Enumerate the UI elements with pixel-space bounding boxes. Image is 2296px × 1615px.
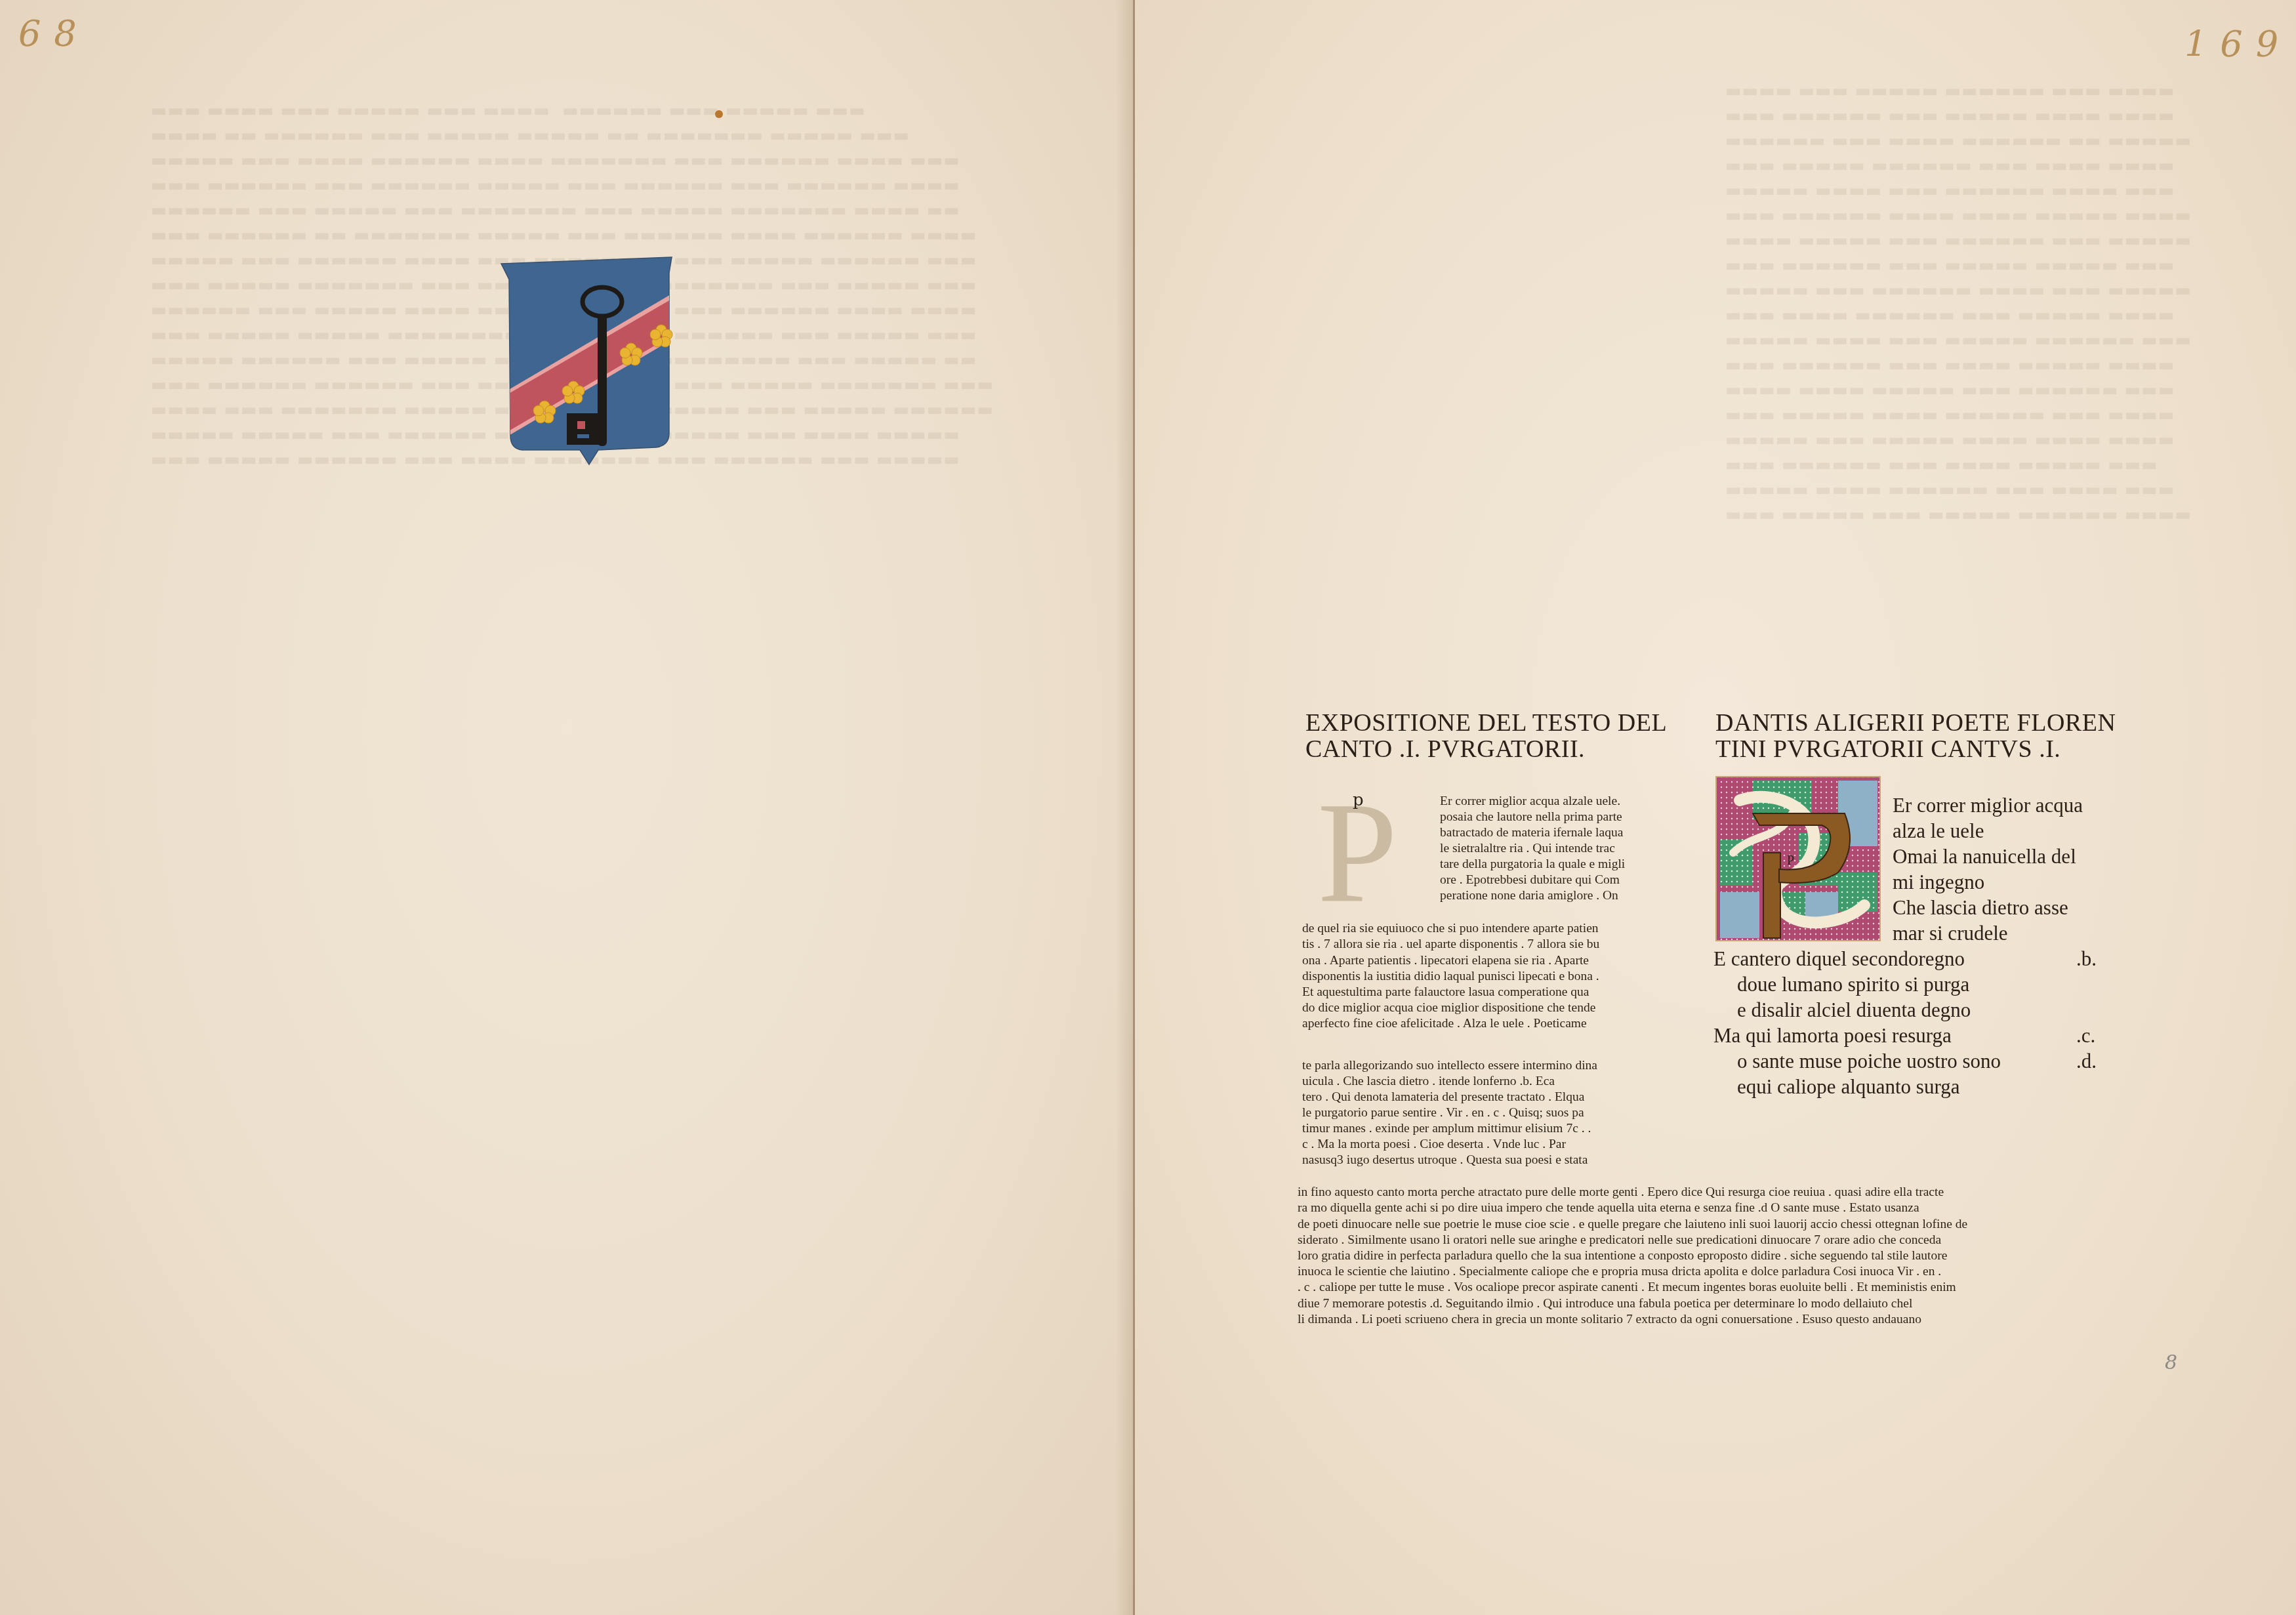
- commentary-line: in fino aquesto canto morta perche atrac…: [1298, 1186, 1944, 1199]
- verse-line: alza le uele: [1893, 818, 1984, 844]
- commentary-line: timur manes . exinde per amplum mittimur…: [1302, 1122, 1591, 1135]
- verse-line: Ma qui lamorta poesi resurga: [1713, 1023, 1952, 1048]
- commentary-line: de poeti dinuocare nelle sue poetrie le …: [1298, 1218, 1967, 1231]
- bleed-through-text: ▬▬▬▬ ▬▬▬ ▬▬▬▬▬ ▬▬▬▬▬▬ ▬▬▬ ▬▬▬▬ ▬▬▬ ▬▬▬▬▬…: [1725, 79, 2192, 527]
- commentary-heading: EXPOSITIONE DEL TESTO DEL CANTO .I. PVRG…: [1305, 710, 1667, 762]
- guide-letter: p: [1353, 790, 1364, 810]
- commentary-line: Et aquestultima parte falauctore lasua c…: [1302, 986, 1589, 999]
- commentary-line: ra mo diquella gente achi si po dire uiu…: [1298, 1202, 1919, 1215]
- commentary-line: diue 7 memorare potestis .d. Seguitando …: [1298, 1298, 1912, 1311]
- verse-line: Er correr miglior acqua: [1893, 792, 2083, 818]
- folio-number-left: 68: [18, 13, 90, 54]
- commentary-line: loro gratia didire in perfecta parladura…: [1298, 1250, 1947, 1263]
- coat-of-arms: [500, 256, 678, 466]
- commentary-line: disponentis la iustitia didio laqual pun…: [1302, 970, 1599, 983]
- verse-line: Che lascia dietro asse: [1893, 895, 2068, 920]
- commentary-line: do dice miglior acqua cioe miglior dispo…: [1302, 1002, 1595, 1015]
- commentary-line: tis . 7 allora sie ria . uel aparte disp…: [1302, 938, 1599, 951]
- commentary-heading-line: CANTO .I. PVRGATORII.: [1305, 736, 1667, 762]
- commentary-line: siderato . Similmente usano li oratori n…: [1298, 1234, 1941, 1247]
- verse-line: o sante muse poiche uostro sono: [1737, 1048, 2001, 1074]
- commentary-line: le purgatorio parue sentire . Vir . en .…: [1302, 1107, 1584, 1120]
- verse-line: E cantero diquel secondoregno: [1713, 946, 1965, 971]
- left-page: ▬▬▬ ▬▬▬▬ ▬▬▬ ▬▬▬▬▬ ▬▬▬ ▬▬▬▬ ▬▬▬▬▬▬ ▬▬▬ ▬…: [0, 0, 1135, 1615]
- pencil-mark: 8: [2165, 1351, 2177, 1374]
- commentary-line: ona . Aparte patientis . lipecatori elap…: [1302, 954, 1589, 968]
- commentary-line: . c . caliope per tutte le muse . Vos oc…: [1298, 1281, 1956, 1294]
- commentary-line: le sietralaltre ria . Qui intende trac: [1440, 842, 1615, 855]
- commentary-line: Er correr miglior acqua alzale uele.: [1440, 795, 1620, 808]
- commentary-line: ore . Epotrebbesi dubitare qui Com: [1440, 874, 1620, 887]
- verse-line: doue lumano spirito si purga: [1737, 971, 1969, 997]
- folio-number-right: 169: [2184, 24, 2291, 65]
- commentary-line: aperfecto fine cioe afelicitade . Alza l…: [1302, 1017, 1587, 1031]
- verse-marker: .c.: [2076, 1023, 2095, 1048]
- commentary-line: uicula . Che lascia dietro . itende lonf…: [1302, 1075, 1555, 1088]
- commentary-line: inuoca le scientie che laiutino . Specia…: [1298, 1265, 1941, 1278]
- commentary-heading-line: EXPOSITIONE DEL TESTO DEL: [1305, 710, 1667, 736]
- guide-letter-small: P: [1787, 853, 1794, 868]
- commentary-line: nasusq3 iugo desertus utroque . Questa s…: [1302, 1154, 1588, 1167]
- verse-line: mar si crudele: [1893, 920, 2008, 946]
- illuminated-initial: P: [1713, 774, 1883, 943]
- text-heading-line: TINI PVRGATORII CANTVS .I.: [1715, 736, 2116, 762]
- verse-line: e disalir alciel diuenta degno: [1737, 997, 1971, 1023]
- commentary-line: li dimanda . Li poeti scriueno chera in …: [1298, 1313, 1921, 1326]
- commentary-line: te parla allegorizando suo intellecto es…: [1302, 1059, 1597, 1073]
- paper-spot: [715, 110, 723, 118]
- book-spread: ▬▬▬ ▬▬▬▬ ▬▬▬ ▬▬▬▬▬ ▬▬▬ ▬▬▬▬ ▬▬▬▬▬▬ ▬▬▬ ▬…: [0, 0, 2296, 1615]
- commentary-line: c . Ma la morta poesi . Cioe deserta . V…: [1302, 1138, 1566, 1151]
- verse-line: mi ingegno: [1893, 869, 1984, 895]
- verse-marker: .d.: [2076, 1048, 2097, 1074]
- commentary-line: tero . Qui denota lamateria del presente…: [1302, 1091, 1584, 1104]
- verse-marker: .b.: [2076, 946, 2097, 971]
- commentary-line: de quel ria sie equiuoco che si puo inte…: [1302, 922, 1599, 935]
- commentary-line: posaia che lautore nella prima parte: [1440, 811, 1622, 824]
- verse-line: Omai la nanuicella del: [1893, 844, 2076, 869]
- text-heading: DANTIS ALIGERII POETE FLOREN TINI PVRGAT…: [1715, 710, 2116, 762]
- commentary-line: batractado de materia ifernale laqua: [1440, 827, 1623, 840]
- verse-line: equi caliope alquanto surga: [1737, 1074, 1959, 1099]
- commentary-line: tare della purgatoria la quale e migli: [1440, 858, 1625, 871]
- text-heading-line: DANTIS ALIGERII POETE FLOREN: [1715, 710, 2116, 736]
- commentary-line: peratione none daria amiglore . On: [1440, 889, 1618, 903]
